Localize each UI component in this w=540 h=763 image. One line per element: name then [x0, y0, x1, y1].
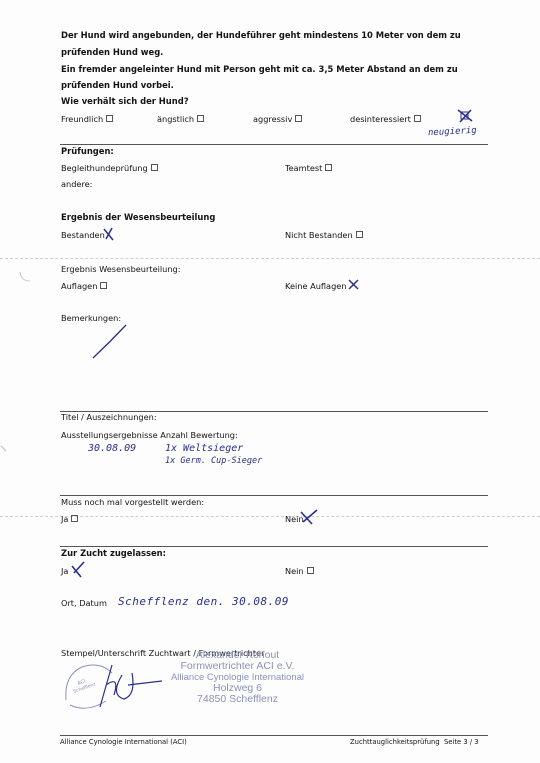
divider [60, 144, 488, 145]
checkbox[interactable] [71, 515, 78, 522]
checked-x-icon[interactable] [103, 227, 115, 241]
intro-line-2: prüfenden Hund weg. [61, 47, 163, 57]
checkbox[interactable] [106, 115, 113, 122]
punch-hole-mark [18, 270, 32, 284]
option-aengstlich[interactable]: ängstlich [157, 114, 204, 124]
checked-x-icon[interactable] [70, 560, 86, 578]
ort-datum-label: Ort, Datum [61, 598, 107, 608]
checkbox[interactable] [100, 282, 107, 289]
handwritten-entry-1: 1x Weltsieger [165, 443, 243, 454]
option-auflagen[interactable]: Auflagen [61, 281, 107, 291]
checkbox[interactable] [307, 567, 314, 574]
intro-line-1: Der Hund wird angebunden, der Hundeführe… [61, 30, 461, 40]
wesen-heading: Ergebnis Wesensbeurteilung: [61, 264, 181, 274]
pruefungen-heading: Prüfungen: [61, 146, 114, 156]
intro-line-3: Ein fremder angeleinter Hund mit Person … [61, 64, 458, 74]
strikethrough-slash [90, 322, 130, 362]
option-nicht-bestanden[interactable]: Nicht Bestanden [285, 230, 363, 240]
intro-line-4: prüfenden Hund vorbei. [61, 80, 174, 90]
checkbox[interactable] [414, 115, 421, 122]
option-vorstellung-ja[interactable]: Ja [61, 514, 78, 524]
footer-page-info: Zuchttauglichkeitsprüfung Seite 3 / 3 [350, 738, 479, 746]
option-begleithundepruefung[interactable]: Begleithundeprüfung [61, 163, 158, 173]
option-zucht-ja[interactable]: Ja [61, 566, 68, 576]
checked-x-icon[interactable] [348, 279, 360, 290]
address-stamp: Alexander Kohout Formwertrichter ACI e.V… [165, 650, 310, 705]
option-aggressiv[interactable]: aggressiv [253, 114, 302, 124]
handwritten-entry-2: 1x Germ. Cup-Sieger [165, 456, 262, 466]
checkbox[interactable] [295, 115, 302, 122]
ergebnis-heading: Ergebnis der Wesensbeurteilung [61, 212, 215, 222]
handwritten-date: 30.08.09 [88, 443, 136, 454]
vorstellung-label: Muss noch mal vorgestellt werden: [61, 497, 204, 507]
titel-label: Titel / Auszeichnungen: [61, 412, 157, 422]
scan-fold-line [0, 258, 540, 259]
checked-x-icon[interactable] [455, 108, 475, 124]
footer-divider [60, 735, 488, 736]
option-freundlich[interactable]: Freundlich [61, 114, 113, 124]
option-desinteressiert[interactable]: desinteressiert [350, 114, 421, 124]
divider [60, 546, 488, 547]
handwritten-neugierig: neugierig [428, 126, 477, 139]
round-stamp-and-signature: ACI Schefflenz [62, 655, 182, 715]
option-bestanden[interactable]: Bestanden [61, 230, 105, 240]
behavior-question: Wie verhält sich der Hund? [61, 96, 189, 106]
option-teamtest[interactable]: Teamtest [285, 163, 332, 173]
checkbox[interactable] [151, 164, 158, 171]
footer-organization: Alliance Cynologie International (ACI) [60, 738, 187, 746]
scan-fold-line [0, 516, 540, 517]
ausstellung-label: Ausstellungsergebnisse Anzahl Bewertung: [61, 430, 238, 440]
ort-datum-value: Schefflenz den. 30.08.09 [118, 595, 289, 608]
andere-label: andere: [61, 179, 92, 189]
option-zucht-nein[interactable]: Nein [285, 566, 314, 576]
divider [60, 495, 488, 496]
edge-mark [0, 445, 8, 453]
checkbox[interactable] [356, 231, 363, 238]
option-keine-auflagen[interactable]: Keine Auflagen [285, 281, 347, 291]
zucht-heading: Zur Zucht zugelassen: [61, 548, 166, 558]
checked-x-icon[interactable] [300, 509, 318, 525]
checkbox[interactable] [325, 164, 332, 171]
checkbox[interactable] [197, 115, 204, 122]
